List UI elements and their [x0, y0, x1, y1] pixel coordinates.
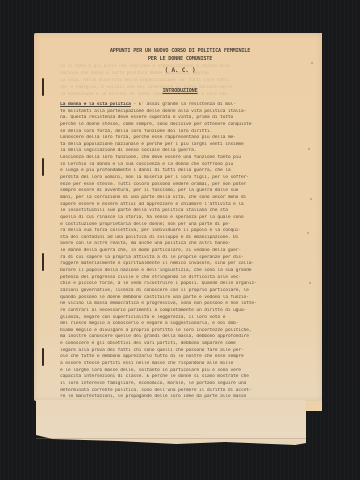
document-title-line-2: PER LE DONNE COMUNISTE: [0, 56, 360, 62]
paper-speck: [311, 62, 313, 64]
body-line: enze per esse stesse. Tutti coloro posso…: [60, 182, 312, 189]
body-line: e conoscere e gli obiettivi dei vari par…: [60, 341, 312, 348]
margin-mark: [42, 253, 44, 271]
body-line: sapere essere e essere attivi ad apprezz…: [60, 202, 312, 209]
body-line: perdita dei loro uomini, non la miseria …: [60, 175, 312, 182]
body-line: ma inoltre conoscere quelle dei grandi d…: [60, 334, 312, 341]
body-line: le insostituibili sue parte della vita p…: [60, 208, 312, 215]
body-line: glianza, negare con superficialita e leg…: [60, 315, 312, 322]
body-line: capacita intersezioni di classe. E perch…: [60, 374, 312, 381]
body-line: ta della popolazione nazionale e perche …: [60, 142, 312, 149]
body-line: re le manifestazioni, le propagande dell…: [60, 394, 312, 401]
body-line: perche le donne stesse, come sempre, son…: [60, 122, 312, 129]
scan-background: APPUNTI PER UN NUOVO CORSO DI POLITICA F…: [0, 0, 360, 480]
section-heading: INTRODUZIONE: [0, 88, 360, 94]
body-line: le donne della guerra che, in modo parti…: [60, 248, 312, 255]
body-line-0-rest: - E' assai grande la resistenza di mol-: [131, 102, 236, 107]
body-line: e costituzione proprietaria delle donne;…: [60, 222, 312, 229]
body-line: la della legislazione di senso sociale d…: [60, 148, 312, 155]
body-line: ra di cui sapere la propria attivita a d…: [60, 255, 312, 262]
body-line: re contrari al necessario parimenti a co…: [60, 308, 312, 315]
body-line: a essere stesse partiti essi nelle masse…: [60, 361, 312, 368]
body-line: quando possono le donne debbono costitui…: [60, 295, 312, 302]
margin-mark: [42, 158, 44, 176]
body-line: ra della sua forza collettiva, per indiv…: [60, 228, 312, 235]
body-line: na. Questa resistenza deve essere supera…: [60, 115, 312, 122]
body-lead: La donna e la vita politica: [60, 102, 131, 107]
body-line: ne vicino la massa democratica e progres…: [60, 301, 312, 308]
body-line: e le larghe loro masse delle, soltanto i…: [60, 368, 312, 375]
body-line: Conoscere della loro forza, perche esse …: [60, 135, 312, 142]
body-line: biamo meglio e divulgare a proprio profi…: [60, 328, 312, 335]
body-line: ruggere materialmente e spiritualmente i…: [60, 261, 312, 268]
body-line: mani, per la corruzione di una parte del…: [60, 195, 312, 202]
body-line: borare il popolo della nazione e dell'in…: [60, 268, 312, 275]
body-line: sempre essere di avventura, per il fasci…: [60, 188, 312, 195]
paper-fold-line: [36, 438, 306, 439]
body-line: quella di cui rinasce la storia, ha sens…: [60, 215, 312, 222]
body-line: determinata corrente politica. sono dell…: [60, 388, 312, 395]
body-line: avere con le altre realta, ma anche una …: [60, 241, 312, 248]
body-line-0: La donna e la vita politica - E' assai g…: [60, 102, 312, 109]
body-line: chie e piccole forze, a le vedo ricostru…: [60, 281, 312, 288]
document-code: ( A. C. ): [0, 67, 360, 74]
margin-mark: [42, 348, 44, 366]
bleed-through-text: la cosa, nella diversita delle organizza…: [60, 78, 310, 84]
body-line: se della loro forza, della loro funzione…: [60, 129, 312, 136]
paper-torn-bottom: [36, 400, 306, 450]
body-line: il loro interesse famigliare, economico,…: [60, 381, 312, 388]
body-line: zazioni governative, licenza di conoscer…: [60, 288, 312, 295]
body-line: legare alla prova dei fatti chi sono que…: [60, 348, 312, 355]
body-line: te militanti alla partecipazione delle d…: [60, 109, 312, 116]
document-title-line-1: APPUNTI PER UN NUOVO CORSO DI POLITICA F…: [0, 48, 360, 54]
faint-bottom-text: ...................................: [120, 432, 270, 437]
body-text: La donna e la vita politica - E' assai g…: [60, 102, 312, 401]
body-line: e lunga e piu profondamente i danni di t…: [60, 168, 312, 175]
body-line: ole che tutte e debbono apprezzarlo tutt…: [60, 354, 312, 361]
body-line: Coscienza della loro funzione, che deve …: [60, 155, 312, 162]
body-line: sta dei contadini ad una politica di svi…: [60, 235, 312, 242]
body-line: del riesce meglio a conoscerlo e negare …: [60, 321, 312, 328]
body-line: potenza del progresso civile e che strin…: [60, 275, 312, 282]
body-line: in Cerchio la donna e la sua coscienza e…: [60, 162, 312, 169]
